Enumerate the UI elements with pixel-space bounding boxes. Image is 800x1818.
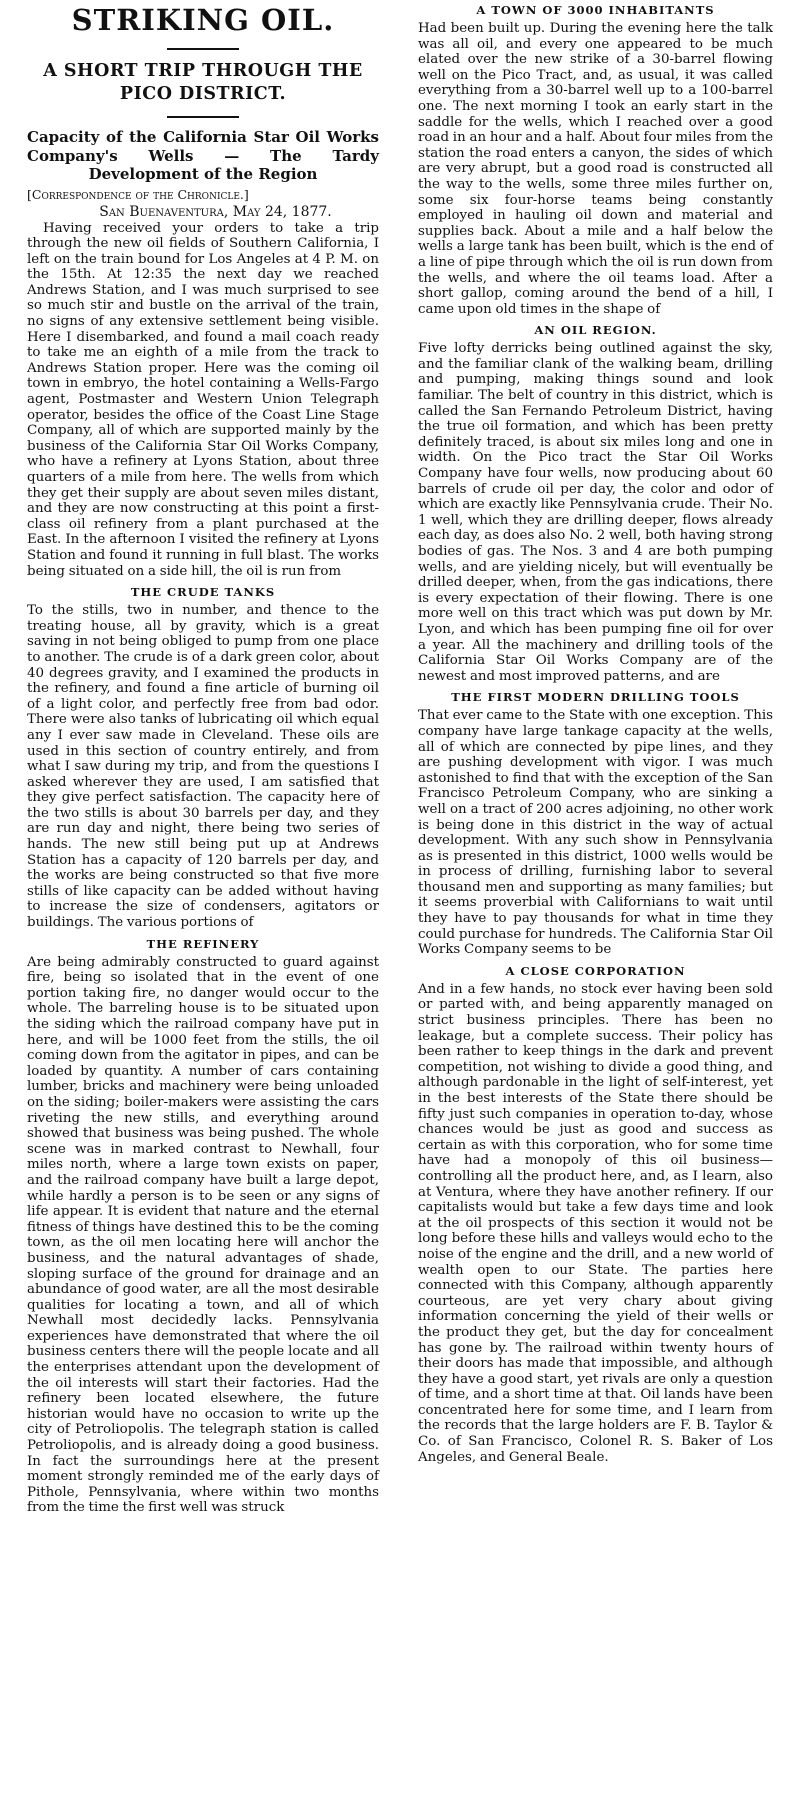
- section-text-crude-tanks: To the stills, two in number, and thence…: [27, 603, 379, 930]
- section-heading-oil-region: AN OIL REGION.: [418, 323, 773, 338]
- section-text-town: Had been built up. During the evening he…: [418, 21, 773, 317]
- section-heading-drilling-tools: THE FIRST MODERN DRILLING TOOLS: [418, 690, 773, 705]
- right-column: A TOWN OF 3000 INHABITANTS Had been buil…: [418, 0, 773, 1465]
- section-heading-town: A TOWN OF 3000 INHABITANTS: [418, 3, 773, 18]
- left-column: STRIKING OIL. A SHORT TRIP THROUGH THE P…: [27, 0, 379, 1516]
- section-heading-refinery: THE REFINERY: [27, 937, 379, 952]
- subheadline: A SHORT TRIP THROUGH THE PICO DISTRICT.: [27, 60, 379, 106]
- section-text-refinery: Are being admirably constructed to guard…: [27, 955, 379, 1516]
- headline: STRIKING OIL.: [27, 2, 379, 38]
- section-text-close-corporation: And in a few hands, no stock ever having…: [418, 982, 773, 1465]
- correspondence-credit: [Correspondence of the Chronicle.]: [27, 186, 379, 203]
- deck: Capacity of the California Star Oil Work…: [27, 128, 379, 184]
- dateline: San Buenaventura, May 24, 1877.: [52, 203, 379, 221]
- section-heading-close-corporation: A CLOSE CORPORATION: [418, 964, 773, 979]
- intro-paragraph: Having received your orders to take a tr…: [27, 221, 379, 580]
- section-heading-crude-tanks: THE CRUDE TANKS: [27, 585, 379, 600]
- section-text-drilling-tools: That ever came to the State with one exc…: [418, 708, 773, 958]
- section-text-oil-region: Five lofty derricks being outlined again…: [418, 341, 773, 684]
- subheadline-rule: [167, 116, 239, 118]
- headline-rule: [167, 48, 239, 50]
- newspaper-page: STRIKING OIL. A SHORT TRIP THROUGH THE P…: [0, 0, 800, 1818]
